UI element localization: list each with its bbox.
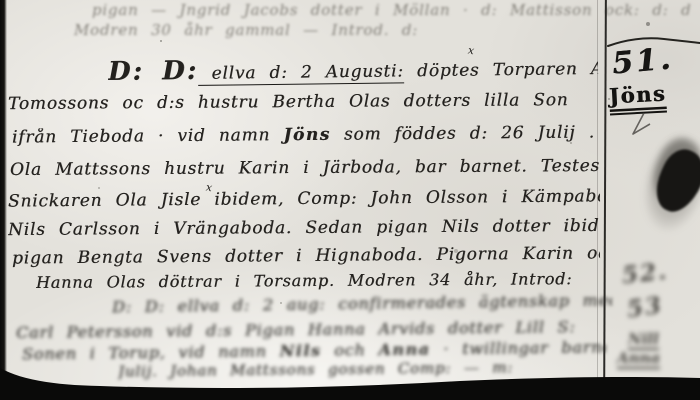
entry51-line-5: Snickaren Ola Jisle ibidem, Comp: John O… [8,187,600,211]
margin-name-nill-text: Nill [628,330,659,350]
entry52-initials: D: D: [112,297,178,317]
entry52-line-2: Carl Petersson vid d:s Pigan Hanna Arvid… [16,318,606,342]
entry51-line-3: ifrån Tieboda · vid namn Jöns som föddes… [12,123,600,147]
entry-initials: D: D: [108,56,199,87]
entry51-line-6: Nils Carlsson i Vrängaboda. Sedan pigan … [8,217,600,240]
entry51-line-7: pigan Bengta Svens dotter i Hignaboda. P… [12,244,600,268]
faded-header-line-2: Modren 30 åhr gammal — Introd. d: [74,22,594,39]
scan-edge-bottom [0,355,700,400]
baptism-date-underlined: ellva d: 2 Augusti: [198,61,404,86]
margin-entry-number-52: 52. [621,258,670,290]
scan-edge-left [0,0,7,400]
entry51-line-2: Tomossons oc d:s hustru Bertha Olas dott… [8,91,600,114]
column-rule-faint [597,0,598,400]
margin-name-nill: Nill [628,330,659,348]
faded-header-line-1: pigan — Jngrid Jacobs dotter i Möllan · … [92,2,692,19]
entry51-line-4: Ola Mattssons hustru Karin i Järboda, ba… [10,157,600,180]
entry51-line-8: Hanna Olas döttrar i Torsamp. Modren 34 … [36,270,600,292]
margin-name-jons-text: Jöns [608,81,667,116]
entry51-line-3-pre: ifrån Tieboda · vid namn [12,125,284,147]
entry52-line-1-rest: confirmerades ägtenskap med drängen, [325,292,612,314]
entry51-line-1: D: D: ellva d: 2 Augusti: döptes Torpare… [108,52,598,87]
entry51-line-3-rest: som föddes d: 26 Julij . [331,123,595,144]
entry51-line-1-rest: döptes Torparen Anders So [404,58,598,82]
entry52-line-1: D: D: ellva d: 2 aug: confirmerades ägte… [112,292,612,317]
margin-entry-number-51: 51. [611,41,675,81]
check-mark-icon [630,112,664,138]
paper-specks [160,40,162,42]
margin-name-jons: Jöns [608,81,666,109]
column-rule [603,0,607,400]
marriage-date-underlined: ellva d: 2 aug: [177,295,325,317]
margin-entry-number-53: 53 [625,292,664,324]
scanned-parish-record-page: pigan — Jngrid Jacobs dotter i Möllan · … [0,0,700,400]
child-name-jons: Jöns [283,125,331,147]
